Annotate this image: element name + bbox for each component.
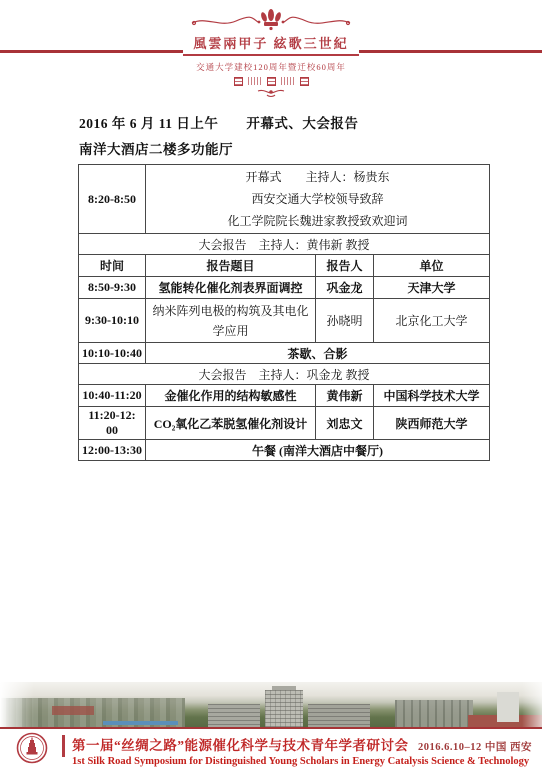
talk-speaker: 刘忠文 bbox=[316, 407, 374, 440]
anniversary-subtitle: 交通大学建校120周年暨迁校60周年 bbox=[0, 61, 542, 73]
campus-panorama-photo bbox=[0, 682, 542, 727]
table-row: 8:50-9:30 氢能转化催化剂表界面调控 巩金龙 天津大学 bbox=[79, 277, 490, 299]
talk-time: 9:30-10:10 bbox=[79, 299, 146, 343]
anniversary-header: 風雲兩甲子 絃歌三世紀 交通大学建校120周年暨迁校60周年 bbox=[0, 6, 542, 98]
talk-title: CO₂氧化乙苯脱氢催化剂设计 bbox=[146, 407, 316, 440]
opening-line: 开幕式 主持人：杨贵东 bbox=[149, 166, 486, 188]
anniversary-seals-icon bbox=[0, 76, 542, 86]
break-time: 10:10-10:40 bbox=[79, 343, 146, 364]
talk-affiliation: 陕西师范大学 bbox=[374, 407, 490, 440]
session2-header: 大会报告 主持人：巩金龙 教授 bbox=[79, 364, 490, 385]
talk-title: 金催化作用的结构敏感性 bbox=[146, 385, 316, 407]
schedule-table: 8:20-8:50 开幕式 主持人：杨贵东 西安交通大学校领导致辞 化工学院院长… bbox=[78, 164, 490, 461]
seal-text-icon bbox=[281, 77, 295, 85]
anniversary-slogan: 風雲兩甲子 絃歌三世紀 bbox=[183, 33, 358, 56]
header-bottom-flourish-icon bbox=[256, 87, 286, 98]
photo-red-roof bbox=[52, 706, 94, 715]
column-header-speaker: 报告人 bbox=[316, 255, 374, 277]
lunch-label: 午餐 (南洋大酒店中餐厅) bbox=[146, 440, 490, 461]
photo-blue-roof bbox=[103, 721, 178, 725]
break-label: 茶歇、合影 bbox=[146, 343, 490, 364]
table-row: 12:00-13:30 午餐 (南洋大酒店中餐厅) bbox=[79, 440, 490, 461]
table-row: 大会报告 主持人：黄伟新 教授 bbox=[79, 234, 490, 255]
table-header-row: 时间 报告题目 报告人 单位 bbox=[79, 255, 490, 277]
talk-speaker: 黄伟新 bbox=[316, 385, 374, 407]
photo-right-complex bbox=[395, 700, 473, 727]
column-header-affiliation: 单位 bbox=[374, 255, 490, 277]
opening-line: 西安交通大学校领导致辞 bbox=[149, 188, 486, 210]
talk-time: 11:20-12: 00 bbox=[79, 407, 146, 440]
header-flourish-icon bbox=[186, 6, 356, 32]
session1-header: 大会报告 主持人：黄伟新 教授 bbox=[79, 234, 490, 255]
xjtu-seal-logo-icon bbox=[16, 732, 48, 764]
table-row: 8:20-8:50 开幕式 主持人：杨贵东 西安交通大学校领导致辞 化工学院院长… bbox=[79, 165, 490, 234]
footer-banner: 第一届“丝绸之路”能源催化科学与技术青年学者研讨会 2016.6.10–12 中… bbox=[0, 729, 542, 768]
table-row: 10:40-11:20 金催化作用的结构敏感性 黄伟新 中国科学技术大学 bbox=[79, 385, 490, 407]
seal-text-icon bbox=[248, 77, 262, 85]
talk-title: 氢能转化催化剂表界面调控 bbox=[146, 277, 316, 299]
talk-time: 10:40-11:20 bbox=[79, 385, 146, 407]
column-header-title: 报告题目 bbox=[146, 255, 316, 277]
talk-speaker: 巩金龙 bbox=[316, 277, 374, 299]
seal-stamp-icon bbox=[234, 77, 243, 86]
talk-affiliation: 天津大学 bbox=[374, 277, 490, 299]
opening-content: 开幕式 主持人：杨贵东 西安交通大学校领导致辞 化工学院院长魏进家教授致欢迎词 bbox=[146, 165, 490, 234]
opening-line: 化工学院院长魏进家教授致欢迎词 bbox=[149, 210, 486, 232]
photo-white-building bbox=[497, 692, 519, 722]
symposium-title-cn: 第一届“丝绸之路”能源催化科学与技术青年学者研讨会 bbox=[72, 734, 409, 754]
table-row: 11:20-12: 00 CO₂氧化乙苯脱氢催化剂设计 刘忠文 陕西师范大学 bbox=[79, 407, 490, 440]
talk-affiliation: 中国科学技术大学 bbox=[374, 385, 490, 407]
table-row: 10:10-10:40 茶歇、合影 bbox=[79, 343, 490, 364]
photo-right-fade bbox=[522, 682, 542, 727]
photo-left-fade bbox=[0, 682, 34, 727]
photo-main-building bbox=[265, 690, 303, 727]
footer-divider bbox=[62, 735, 65, 757]
session-title: 2016 年 6 月 11 日上午 开幕式、大会报告 bbox=[79, 112, 358, 132]
seal-stamp-icon bbox=[300, 77, 309, 86]
photo-east-wing bbox=[308, 704, 370, 727]
column-header-time: 时间 bbox=[79, 255, 146, 277]
table-row: 大会报告 主持人：巩金龙 教授 bbox=[79, 364, 490, 385]
opening-time: 8:20-8:50 bbox=[79, 165, 146, 234]
talk-speaker: 孙晓明 bbox=[316, 299, 374, 343]
symposium-title-en: 1st Silk Road Symposium for Distinguishe… bbox=[72, 756, 532, 767]
symposium-date-location: 2016.6.10–12 中国 西安 bbox=[418, 739, 532, 754]
lunch-time: 12:00-13:30 bbox=[79, 440, 146, 461]
table-row: 9:30-10:10 纳米阵列电极的构筑及其电化学应用 孙晓明 北京化工大学 bbox=[79, 299, 490, 343]
talk-affiliation: 北京化工大学 bbox=[374, 299, 490, 343]
seal-stamp-icon bbox=[267, 77, 276, 86]
session-venue: 南洋大酒店二楼多功能厅 bbox=[79, 138, 233, 158]
photo-west-wing bbox=[208, 704, 260, 727]
talk-title: 纳米阵列电极的构筑及其电化学应用 bbox=[146, 299, 316, 343]
footer-titles: 第一届“丝绸之路”能源催化科学与技术青年学者研讨会 2016.6.10–12 中… bbox=[72, 734, 532, 767]
talk-time: 8:50-9:30 bbox=[79, 277, 146, 299]
